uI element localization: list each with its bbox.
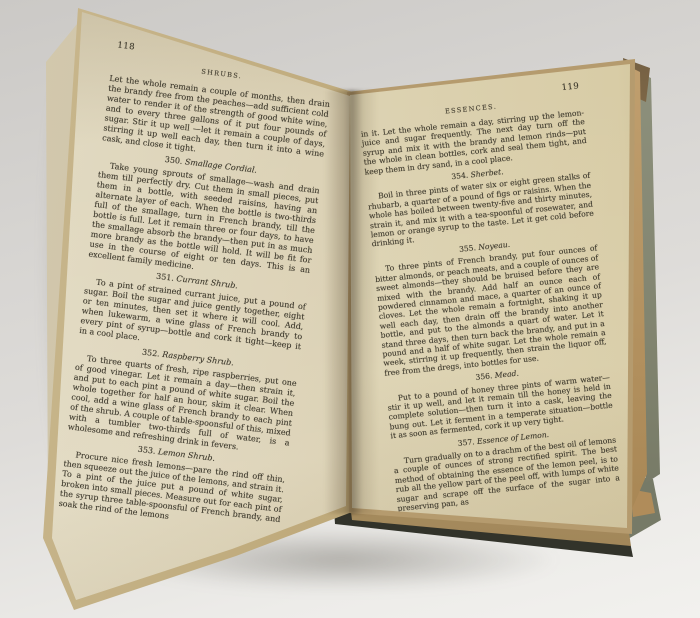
section-number: 352.	[142, 348, 161, 359]
section-title: Noyeau.	[478, 240, 511, 252]
section-number: 350.	[164, 155, 183, 166]
section-number: 357.	[457, 437, 475, 448]
left-page-number: 118	[117, 40, 136, 52]
right-page-number: 119	[561, 82, 580, 93]
right-page-text: ESSENCES. 119 in it. Let the whole remai…	[358, 82, 621, 516]
section-title: Sherbet.	[470, 167, 504, 179]
section-number: 354.	[451, 171, 469, 182]
paragraph: To three pints of French brandy, put fou…	[374, 244, 608, 378]
book-photo: 118 SHRUBS. Let the whole remain a coupl…	[0, 0, 700, 618]
section-title: Mead.	[494, 369, 519, 380]
section-number: 356.	[475, 371, 493, 382]
section-number: 351.	[156, 272, 175, 283]
section-number: 353.	[137, 445, 156, 456]
section-number: 355.	[459, 243, 477, 254]
